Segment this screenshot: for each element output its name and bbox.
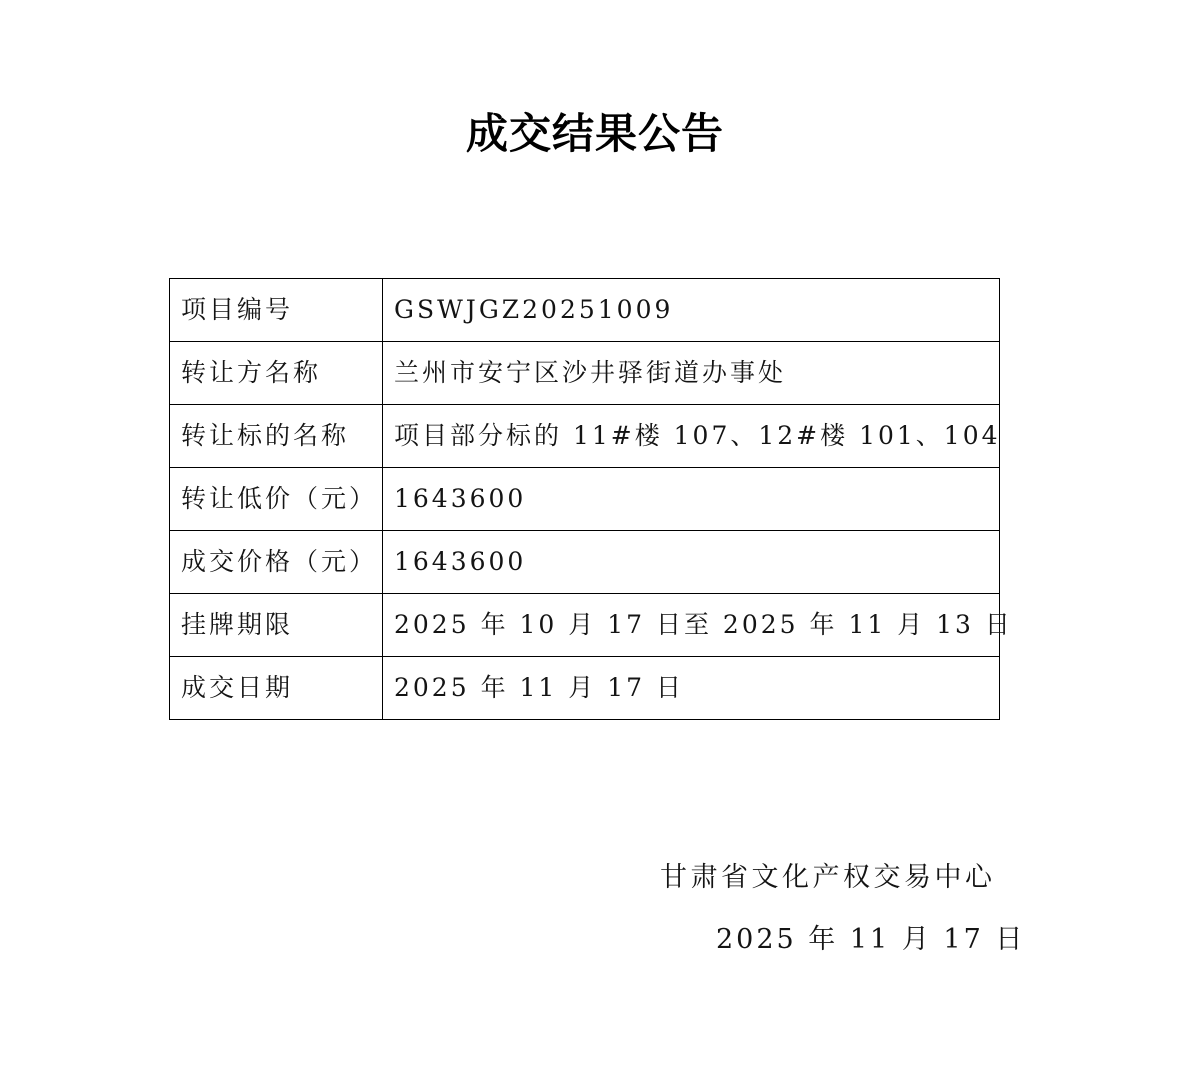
row-label: 转让低价（元） [170, 468, 383, 531]
table-row-subject-name: 转让标的名称 项目部分标的 11#楼 107、12#楼 101、104 [170, 405, 1000, 468]
result-table: 项目编号 GSWJGZ20251009 转让方名称 兰州市安宁区沙井驿街道办事处… [169, 278, 1000, 720]
row-value: 2025 年 10 月 17 日至 2025 年 11 月 13 日 [383, 594, 1000, 657]
page-title: 成交结果公告 [0, 104, 1190, 164]
signature-date: 2025 年 11 月 17 日 [716, 920, 1025, 960]
table-row-project-number: 项目编号 GSWJGZ20251009 [170, 279, 1000, 342]
row-label: 转让方名称 [170, 342, 383, 405]
table-row-listing-period: 挂牌期限 2025 年 10 月 17 日至 2025 年 11 月 13 日 [170, 594, 1000, 657]
row-value: GSWJGZ20251009 [383, 279, 1000, 342]
signature-organization: 甘肃省文化产权交易中心 [660, 858, 996, 898]
table-row-deal-price: 成交价格（元） 1643600 [170, 531, 1000, 594]
row-value: 2025 年 11 月 17 日 [383, 657, 1000, 720]
row-value: 1643600 [383, 468, 1000, 531]
row-label: 转让标的名称 [170, 405, 383, 468]
row-label: 成交价格（元） [170, 531, 383, 594]
table-row-transferor-name: 转让方名称 兰州市安宁区沙井驿街道办事处 [170, 342, 1000, 405]
row-value: 项目部分标的 11#楼 107、12#楼 101、104 [383, 405, 1000, 468]
table-row-reserve-price: 转让低价（元） 1643600 [170, 468, 1000, 531]
row-label: 项目编号 [170, 279, 383, 342]
table-row-deal-date: 成交日期 2025 年 11 月 17 日 [170, 657, 1000, 720]
row-label: 挂牌期限 [170, 594, 383, 657]
row-value: 1643600 [383, 531, 1000, 594]
row-label: 成交日期 [170, 657, 383, 720]
row-value: 兰州市安宁区沙井驿街道办事处 [383, 342, 1000, 405]
